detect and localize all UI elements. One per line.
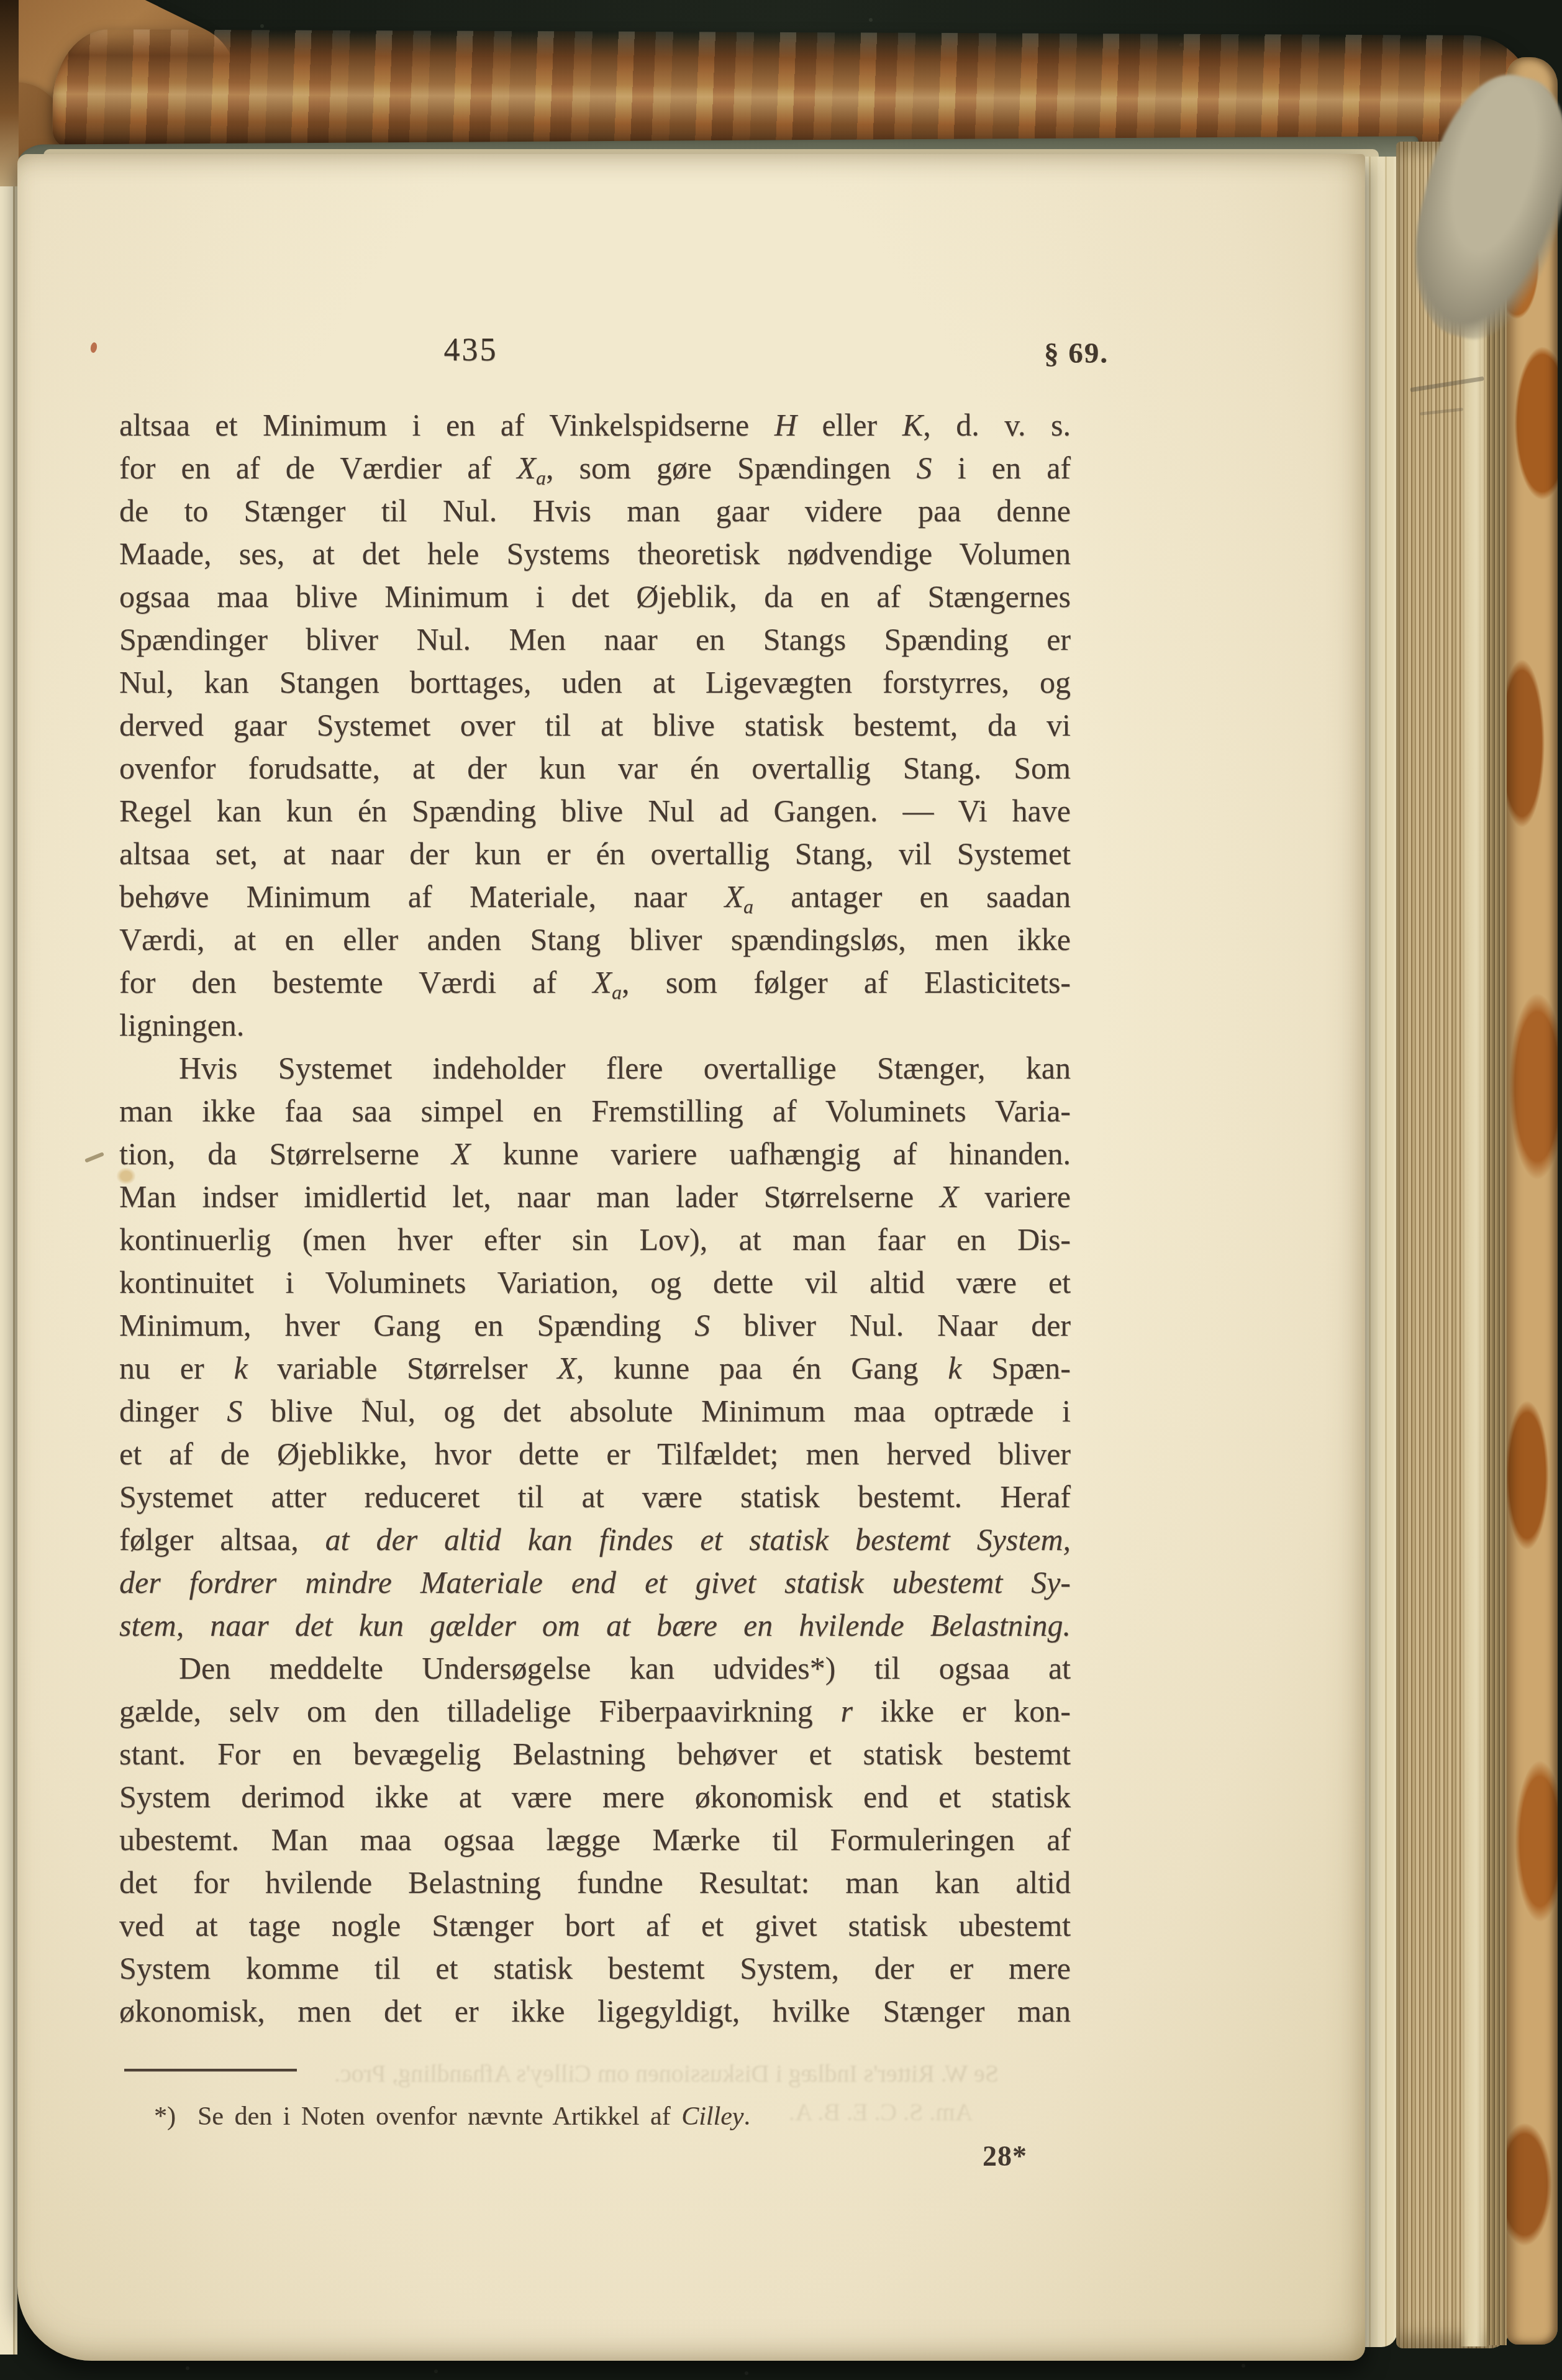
text-line: Regel kan kun én Spænding blive Nul ad G…: [119, 790, 1071, 832]
text-line: tion, da Størrelserne X kunne variere ua…: [119, 1133, 1071, 1175]
text-line: dinger S blive Nul, og det absolute Mini…: [119, 1390, 1071, 1433]
left-page-edge: [0, 186, 17, 2355]
text-line: Nul, kan Stangen borttages, uden at Lige…: [119, 661, 1071, 704]
text-line: nu er k variable Størrelser X, kunne paa…: [119, 1347, 1071, 1390]
text-line: System derimod ikke at være mere økonomi…: [119, 1776, 1071, 1818]
text-line: behøve Minimum af Materiale, naar Xa ant…: [119, 875, 1071, 918]
text-line: ubestemt. Man maa ogsaa lægge Mærke til …: [119, 1818, 1071, 1861]
page-blemish: [365, 1398, 369, 1402]
text-line: altsaa et Minimum i en af Vinkelspidsern…: [119, 404, 1071, 447]
text-line: økonomisk, men det er ikke ligegyldigt, …: [119, 1990, 1071, 2033]
text-line: System komme til et statisk bestemt Syst…: [119, 1947, 1071, 1990]
text-line: det for hvilende Belastning fundne Resul…: [119, 1861, 1071, 1904]
page-number: 435: [409, 332, 533, 368]
page-blemish: [84, 1152, 104, 1163]
text-line: for en af de Værdier af Xa, som gøre Spæ…: [119, 447, 1071, 490]
text-line: ved at tage nogle Stænger bort af et giv…: [119, 1904, 1071, 1947]
text-line: Maade, ses, at det hele Systems theoreti…: [119, 532, 1071, 575]
text-line: man ikke faa saa simpel en Fremstilling …: [119, 1090, 1071, 1133]
text-line: Man indser imidlertid let, naar man lade…: [119, 1175, 1071, 1218]
footnote: *) Se den i Noten ovenfor nævnte Artikke…: [154, 2100, 974, 2133]
text-line: altsaa set, at naar der kun er én overta…: [119, 832, 1071, 875]
book-page: 435 § 69. altsaa et Minimum i en af Vink…: [17, 154, 1365, 2361]
text-line: stant. For en bevægelig Belastning behøv…: [119, 1733, 1071, 1776]
text-line: kontinuerlig (men hver efter sin Lov), a…: [119, 1218, 1071, 1261]
page-blemish: [753, 1795, 758, 1799]
left-cover-edge: [0, 0, 19, 205]
text-line: ovenfor forudsatte, at der kun var én ov…: [119, 747, 1071, 790]
text-line: ligningen.: [119, 1004, 1071, 1047]
text-line: for den bestemte Værdi af Xa, som følger…: [119, 961, 1071, 1004]
ghost-showthrough-line: Se W. Ritter's Indlæg i Diskussionen om …: [278, 2059, 1055, 2088]
text-line: følger altsaa, at der altid kan findes e…: [119, 1518, 1071, 1561]
text-line: de to Stænger til Nul. Hvis man gaar vid…: [119, 490, 1071, 532]
text-line: Spændinger bliver Nul. Men naar en Stang…: [119, 618, 1071, 661]
text-line: Minimum, hver Gang en Spænding S bliver …: [119, 1304, 1071, 1347]
page-blemish: [117, 1168, 135, 1184]
text-line: kontinuitet i Voluminets Variation, og d…: [119, 1261, 1071, 1304]
text-line: Systemet atter reduceret til at være sta…: [119, 1475, 1071, 1518]
text-line: gælde, selv om den tilladelige Fiberpaav…: [119, 1690, 1071, 1733]
text-line: et af de Øjeblikke, hvor dette er Tilfæl…: [119, 1433, 1071, 1475]
text-block: altsaa et Minimum i en af Vinkelspidsern…: [119, 404, 1071, 2033]
page-stack-edge: [1361, 157, 1397, 2347]
footnote-rule: [124, 2069, 297, 2071]
book-cover-right-marbled: [1507, 57, 1558, 2345]
fore-edge-dark-band: [1487, 146, 1507, 2345]
text-line: ogsaa maa blive Minimum i det Øjeblik, d…: [119, 575, 1071, 618]
text-line: Hvis Systemet indeholder flere overtalli…: [119, 1047, 1071, 1090]
text-line: der fordrer mindre Materiale end et give…: [119, 1561, 1071, 1604]
fore-edge-light-band: [1461, 144, 1487, 2346]
text-line: stem, naar det kun gælder om at bære en …: [119, 1604, 1071, 1647]
signature-mark: 28*: [937, 2140, 1073, 2173]
text-line: Værdi, at en eller anden Stang bliver sp…: [119, 918, 1071, 961]
text-line: Den meddelte Undersøgelse kan udvides*) …: [119, 1647, 1071, 1690]
book-cover-top-edge: [53, 29, 1539, 153]
text-line: derved gaar Systemet over til at blive s…: [119, 704, 1071, 747]
section-heading: § 69.: [1011, 337, 1142, 370]
page-blemish: [90, 342, 98, 353]
